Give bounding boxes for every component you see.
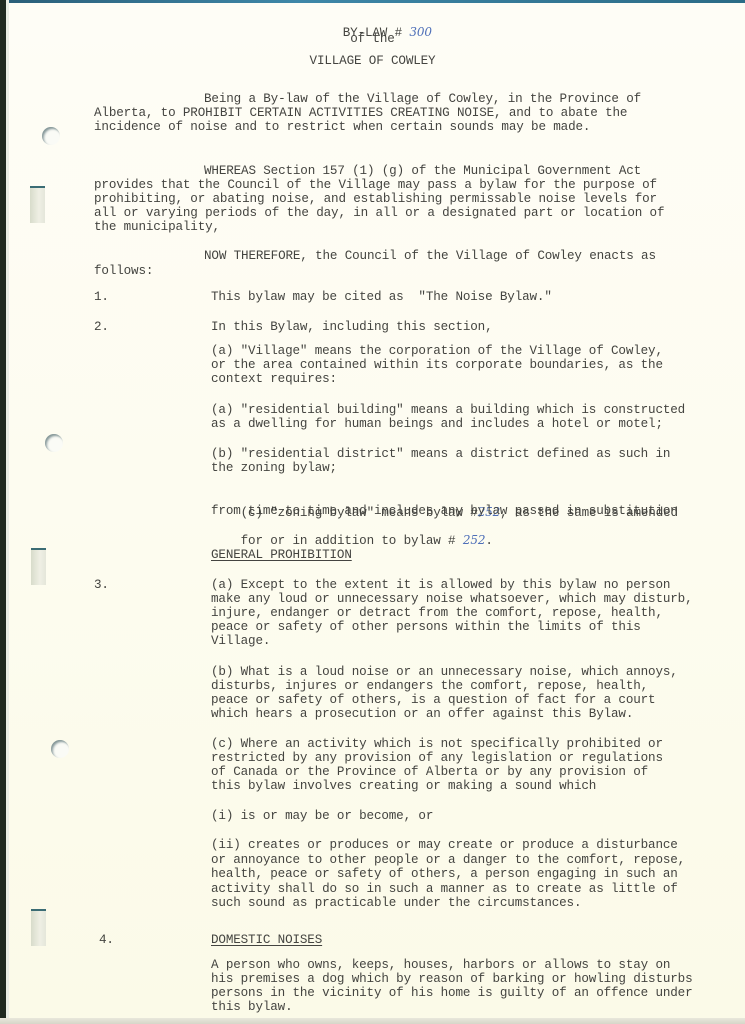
section-3a-line: Village. (211, 634, 270, 649)
page-top-edge (0, 0, 745, 3)
section-3a-line: make any loud or unnecessary noise whats… (211, 592, 693, 607)
definition-village-line: or the area contained within its corpora… (211, 358, 663, 373)
section-3c-ii-line: health, peace or safety of others, a per… (211, 867, 678, 882)
section-3c-i-line: (i) is or may be or become, or (211, 809, 433, 824)
domestic-noises-heading: DOMESTIC NOISES (211, 933, 322, 948)
zoning-bylaw-line3-prefix: for or in addition to bylaw # (241, 534, 463, 548)
section-3b-line: disturbs, injures or endangers the comfo… (211, 679, 648, 694)
section-1-text: This bylaw may be cited as "The Noise By… (211, 290, 552, 305)
punch-hole-rect-2 (31, 548, 46, 585)
now-therefore-line: NOW THEREFORE, the Council of the Villag… (204, 249, 656, 264)
definition-residential-district-line: (b) "residential district" means a distr… (211, 447, 670, 462)
title-of-the: of the (0, 32, 745, 47)
section-4-line: A person who owns, keeps, houses, harbor… (211, 958, 670, 973)
section-1-number: 1. (94, 290, 109, 305)
section-3-number: 3. (94, 578, 109, 593)
preamble-line: Alberta, to PROHIBIT CERTAIN ACTIVITIES … (94, 106, 627, 121)
whereas-line: the municipality, (94, 220, 220, 235)
section-2-intro: In this Bylaw, including this section, (211, 320, 493, 335)
section-3a-line: peace or safety of other persons within … (211, 620, 641, 635)
scanned-document-page: BY-LAW # 300 of the VILLAGE OF COWLEY Be… (0, 0, 745, 1024)
page-left-margin-shadow (6, 0, 9, 1024)
section-3b-line: (b) What is a loud noise or an unnecessa… (211, 665, 678, 680)
now-therefore-line: follows: (94, 264, 153, 279)
page-bottom-edge (0, 1018, 745, 1024)
definition-village-line: context requires: (211, 372, 337, 387)
punch-hole-rect-1 (30, 186, 45, 223)
section-3b-line: which hears a prosecution or an offer ag… (211, 707, 633, 722)
section-3c-line: this bylaw involves creating or making a… (211, 779, 596, 794)
section-3c-line: of Canada or the Province of Alberta or … (211, 765, 648, 780)
punch-hole-round-3 (51, 740, 69, 758)
section-4-line: persons in the vicinity of his home is g… (211, 986, 693, 1001)
preamble-line: Being a By-law of the Village of Cowley,… (204, 92, 641, 107)
section-3c-line: (c) Where an activity which is not speci… (211, 737, 663, 752)
preamble-line: incidence of noise and to restrict when … (94, 120, 590, 135)
section-3a-line: injure, endanger or detract from the com… (211, 606, 663, 621)
punch-hole-round-2 (45, 434, 63, 452)
section-3a-line: (a) Except to the extent it is allowed b… (211, 578, 670, 593)
zoning-bylaw-line3-suffix: . (485, 534, 492, 548)
whereas-line: all or varying periods of the day, in al… (94, 206, 664, 221)
title-village: VILLAGE OF COWLEY (0, 54, 745, 69)
definition-zoning-bylaw-line: from time to time and includes any bylaw… (211, 504, 678, 519)
whereas-line: WHEREAS Section 157 (1) (g) of the Munic… (204, 164, 641, 179)
section-2-number: 2. (94, 320, 109, 335)
definition-residential-building-line: as a dwelling for human beings and inclu… (211, 417, 663, 432)
section-4-line: his premises a dog which by reason of ba… (211, 972, 693, 987)
section-3c-line: restricted by any provision of any legis… (211, 751, 663, 766)
whereas-line: provides that the Council of the Village… (94, 178, 657, 193)
section-4-number: 4. (99, 933, 114, 948)
definition-residential-building-line: (a) "residential building" means a build… (211, 403, 685, 418)
section-3c-ii-line: (ii) creates or produces or may create o… (211, 838, 678, 853)
whereas-line: prohibiting, or abating noise, and estab… (94, 192, 657, 207)
punch-hole-round-1 (42, 127, 60, 145)
punch-hole-rect-3 (31, 909, 46, 946)
section-3b-line: peace or safety of others, is a question… (211, 693, 655, 708)
section-3c-ii-line: activity shall do so in such a manner as… (211, 882, 678, 897)
section-4-line: this bylaw. (211, 1000, 292, 1015)
zoning-bylaw-line3-handwritten: 252 (463, 533, 485, 547)
general-prohibition-heading: GENERAL PROHIBITION (211, 548, 352, 563)
definition-residential-district-line: the zoning bylaw; (211, 461, 337, 476)
definition-village-line: (a) "Village" means the corporation of t… (211, 344, 663, 359)
section-3c-ii-line: or annoyance to other people or a danger… (211, 853, 685, 868)
section-3c-ii-line: such sound as practicable under the circ… (211, 896, 581, 911)
